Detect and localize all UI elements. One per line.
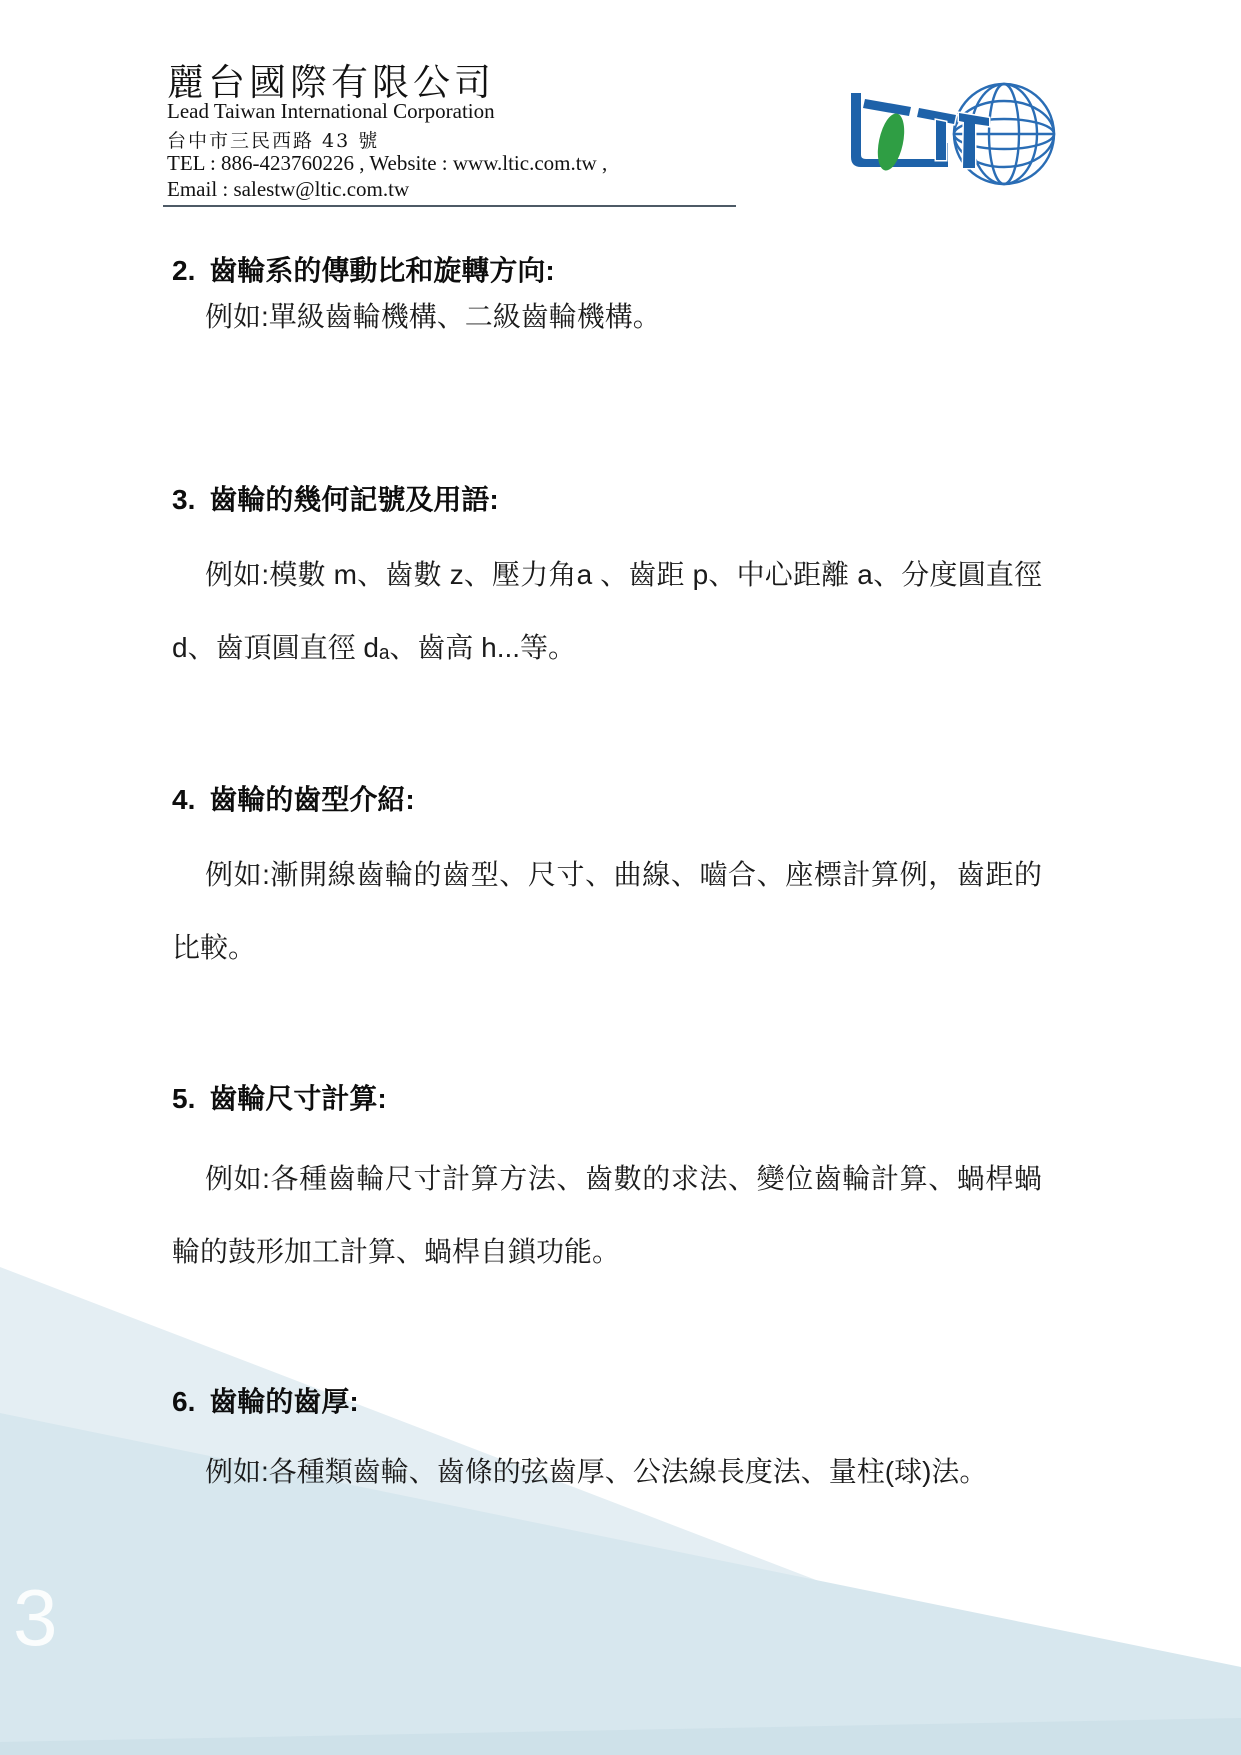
section-4-number: 4.	[172, 784, 195, 815]
section-4-title: 4.齒輪的齒型介紹:	[172, 780, 415, 820]
company-name-en: Lead Taiwan International Corporation	[167, 99, 495, 124]
section-3-number: 3.	[172, 484, 195, 515]
ltic-globe-logo-icon	[848, 80, 1060, 192]
section-5-body: 例如:各種齒輪尺寸計算方法、齒數的求法、變位齒輪計算、蝸桿蝸輪的鼓形加工計算、蝸…	[172, 1142, 1042, 1288]
section-6-body: 例如:各種類齒輪、齒條的弦齒厚、公法線長度法、量柱(球)法。	[172, 1435, 1042, 1508]
section-3-title: 3.齒輪的幾何記號及用語:	[172, 480, 499, 520]
section-6-heading-text: 齒輪的齒厚:	[209, 1386, 358, 1417]
section-4-heading-text: 齒輪的齒型介紹:	[209, 784, 414, 815]
section-5-number: 5.	[172, 1083, 195, 1114]
section-3-body: 例如:模數 m、齒數 z、壓力角a 、齒距 p、中心距離 a、分度圓直徑 d、齒…	[172, 538, 1042, 684]
document-page: 3 麗台國際有限公司 Lead Taiwan International Cor…	[0, 0, 1241, 1755]
section-2-body: 例如:單級齒輪機構、二級齒輪機構。	[172, 280, 1042, 353]
company-address: 台中市三民西路 43 號	[167, 126, 379, 153]
section-6-number: 6.	[172, 1386, 195, 1417]
page-number: 3	[13, 1578, 58, 1658]
company-name-zh: 麗台國際有限公司	[167, 52, 495, 106]
section-4-body: 例如:漸開線齒輪的齒型、尺寸、曲線、嚙合、座標計算例，齒距的比較。	[172, 838, 1042, 984]
header-divider	[163, 205, 736, 207]
section-5-heading-text: 齒輪尺寸計算:	[209, 1083, 386, 1114]
section-6-title: 6.齒輪的齒厚:	[172, 1382, 359, 1422]
section-5-title: 5.齒輪尺寸計算:	[172, 1079, 387, 1119]
section-3-heading-text: 齒輪的幾何記號及用語:	[209, 484, 498, 515]
company-email-line: Email : salestw@ltic.com.tw	[167, 177, 409, 202]
company-contact-line: TEL : 886-423760226 , Website : www.ltic…	[167, 151, 607, 176]
